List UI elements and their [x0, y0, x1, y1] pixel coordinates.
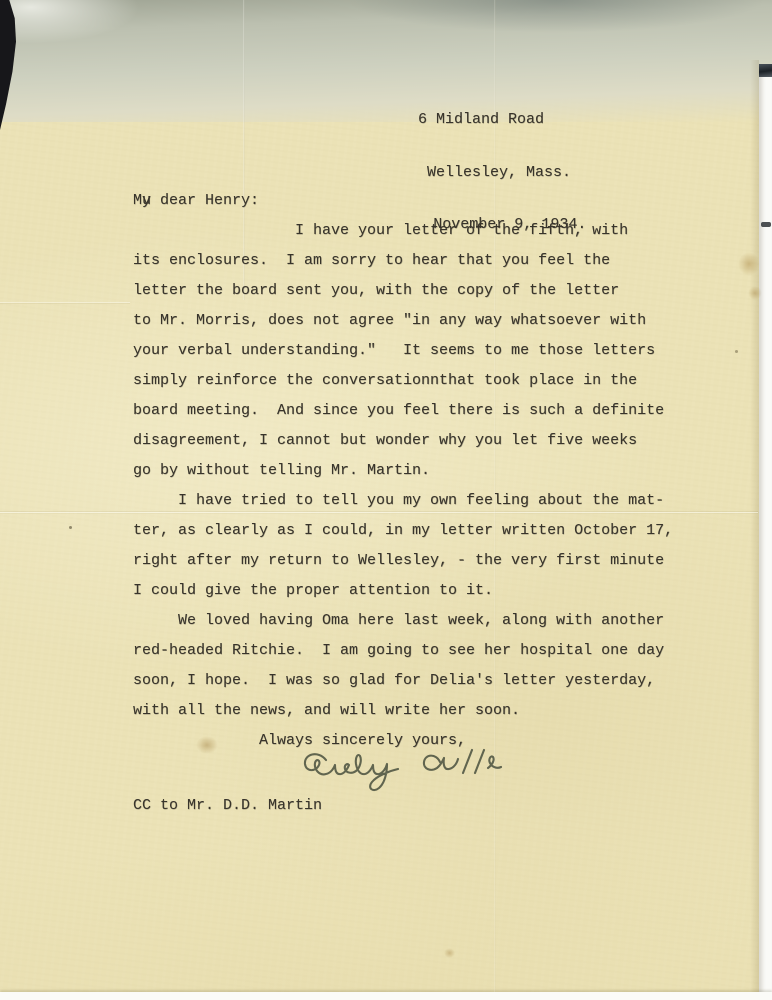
address-line: 6 Midland Road	[418, 111, 586, 129]
letter-line: to Mr. Morris, does not agree "in any wa…	[133, 306, 673, 336]
address-line: Wellesley, Mass.	[418, 164, 586, 182]
fold-crease-small	[0, 302, 130, 304]
letter-line: your verbal understanding." It seems to …	[133, 336, 673, 366]
letter-line: go by without telling Mr. Martin.	[133, 456, 673, 486]
letter-line: disagreement, I cannot but wonder why yo…	[133, 426, 673, 456]
signature-handwriting	[292, 748, 532, 798]
letter-line: ter, as clearly as I could, in my letter…	[133, 516, 673, 546]
letter-line: right after my return to Wellesley, - th…	[133, 546, 673, 576]
paper-stain	[738, 252, 760, 276]
overstrike-char: uy	[142, 186, 151, 216]
scanner-edge-mark	[759, 64, 772, 77]
letter-line: red-headed Ritchie. I am going to see he…	[133, 636, 673, 666]
paper-stain	[444, 948, 455, 958]
salutation: Muy dear Henry:	[133, 186, 259, 216]
overstrike-top: y	[142, 186, 151, 216]
paper-edge-shading	[750, 60, 759, 992]
salutation-rest: dear Henry:	[151, 192, 259, 209]
paper-stain	[748, 286, 762, 300]
letter-line: letter the board sent you, with the copy…	[133, 276, 673, 306]
paper-speck	[69, 526, 72, 529]
scanner-edge-bottom	[0, 992, 772, 1000]
paper-top-fold	[0, 0, 772, 122]
letter-line: board meeting. And since you feel there …	[133, 396, 673, 426]
cc-line: CC to Mr. D.D. Martin	[133, 791, 322, 821]
paper-speck	[735, 350, 738, 353]
letter-line: simply reinforce the conversationnthat t…	[133, 366, 673, 396]
signature-first-name	[305, 754, 398, 790]
letter-line: I could give the proper attention to it.	[133, 576, 673, 606]
letter-scan: 6 Midland Road Wellesley, Mass. November…	[0, 0, 772, 1000]
letter-line: soon, I hope. I was so glad for Delia's …	[133, 666, 673, 696]
letter-line: We loved having Oma here last week, alon…	[133, 606, 673, 636]
signature-last-name	[424, 750, 501, 773]
scanner-edge-mark	[761, 222, 771, 227]
salutation-prefix: M	[133, 192, 142, 209]
letter-body: I have your letter of the fifth, withits…	[133, 216, 673, 756]
letter-line: I have your letter of the fifth, with	[133, 216, 673, 246]
scanner-edge-right	[759, 64, 772, 1000]
letter-line: I have tried to tell you my own feeling …	[133, 486, 673, 516]
letter-line: with all the news, and will write her so…	[133, 696, 673, 726]
letter-line: its enclosures. I am sorry to hear that …	[133, 246, 673, 276]
